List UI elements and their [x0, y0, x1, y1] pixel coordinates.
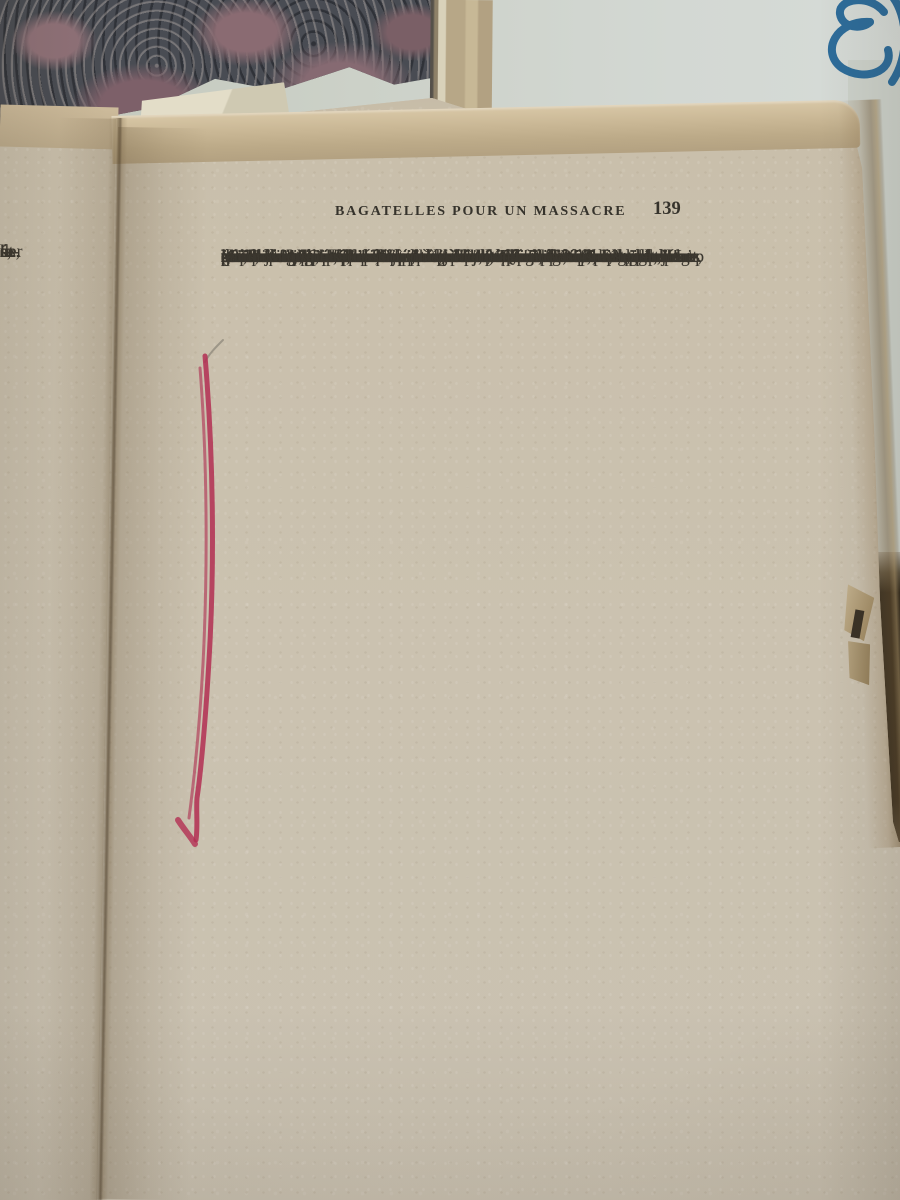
- left-page-line-fragment: .: [0, 240, 6, 262]
- text-line: dations non plus...: [221, 246, 354, 268]
- running-title: BAGATELLES POUR UN MASSACRE: [335, 204, 626, 220]
- blue-script-flourish-icon: [798, 0, 900, 100]
- book-photo: us,lu-here...cefa-s...leres,alai-utd-s-é…: [0, 0, 900, 1200]
- red-pencil-margin-mark: [145, 326, 255, 871]
- page-number: 139: [653, 199, 681, 220]
